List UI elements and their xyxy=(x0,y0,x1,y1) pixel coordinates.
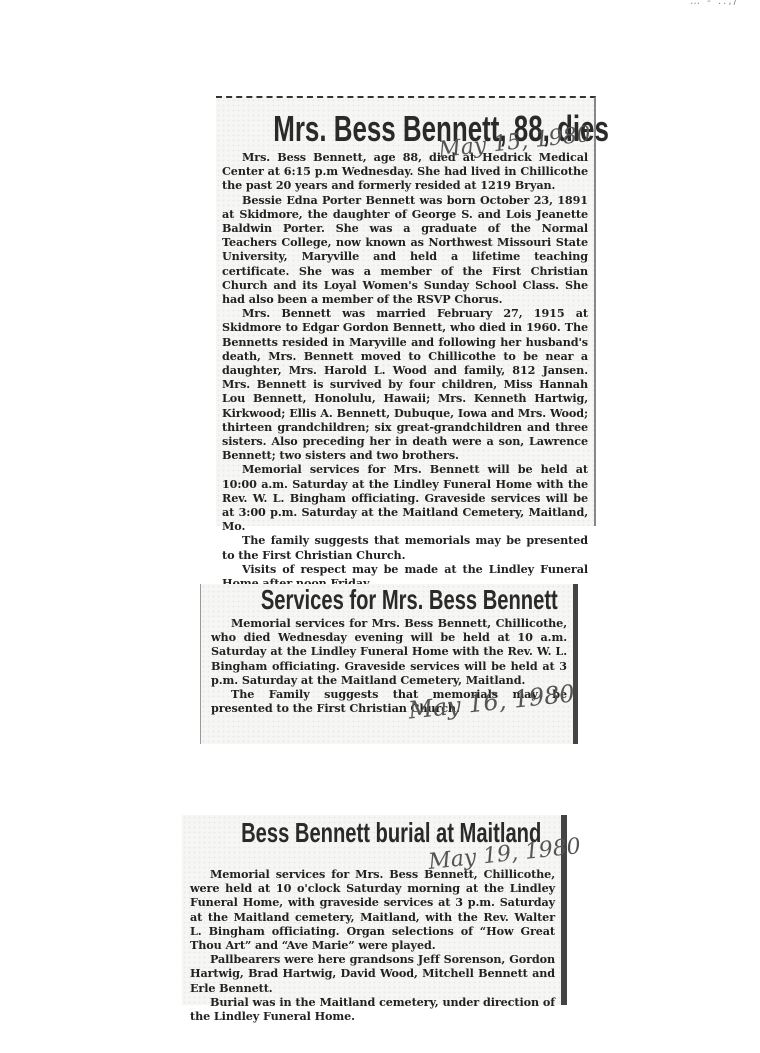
paragraph: Memorial services for Mrs. Bess Bennett,… xyxy=(211,616,567,687)
services-clipping: Services for Mrs. Bess Bennett Memorial … xyxy=(200,584,578,744)
headline: Bess Bennett burial at Maitland xyxy=(241,817,504,849)
paragraph: Pallbearers were here grandsons Jeff Sor… xyxy=(190,952,555,995)
obituary-clipping: Mrs. Bess Bennett, 88, dies Mrs. Bess Be… xyxy=(216,96,596,526)
paragraph: Memorial services for Mrs. Bess Bennett,… xyxy=(190,867,555,952)
paragraph: Mrs. Bennett was married February 27, 19… xyxy=(222,306,588,462)
paragraph: Bessie Edna Porter Bennett was born Octo… xyxy=(222,193,588,307)
paragraph: Mrs. Bess Bennett, age 88, died at Hedri… xyxy=(222,150,588,193)
paragraph: Memorial services for Mrs. Bennett will … xyxy=(222,462,588,533)
paragraph: The family suggests that memorials may b… xyxy=(222,533,588,561)
corner-pencil-mark: … - ..,/ xyxy=(690,0,739,7)
headline: Services for Mrs. Bess Bennett xyxy=(261,584,517,616)
paragraph: Burial was in the Maitland cemetery, und… xyxy=(190,995,555,1023)
